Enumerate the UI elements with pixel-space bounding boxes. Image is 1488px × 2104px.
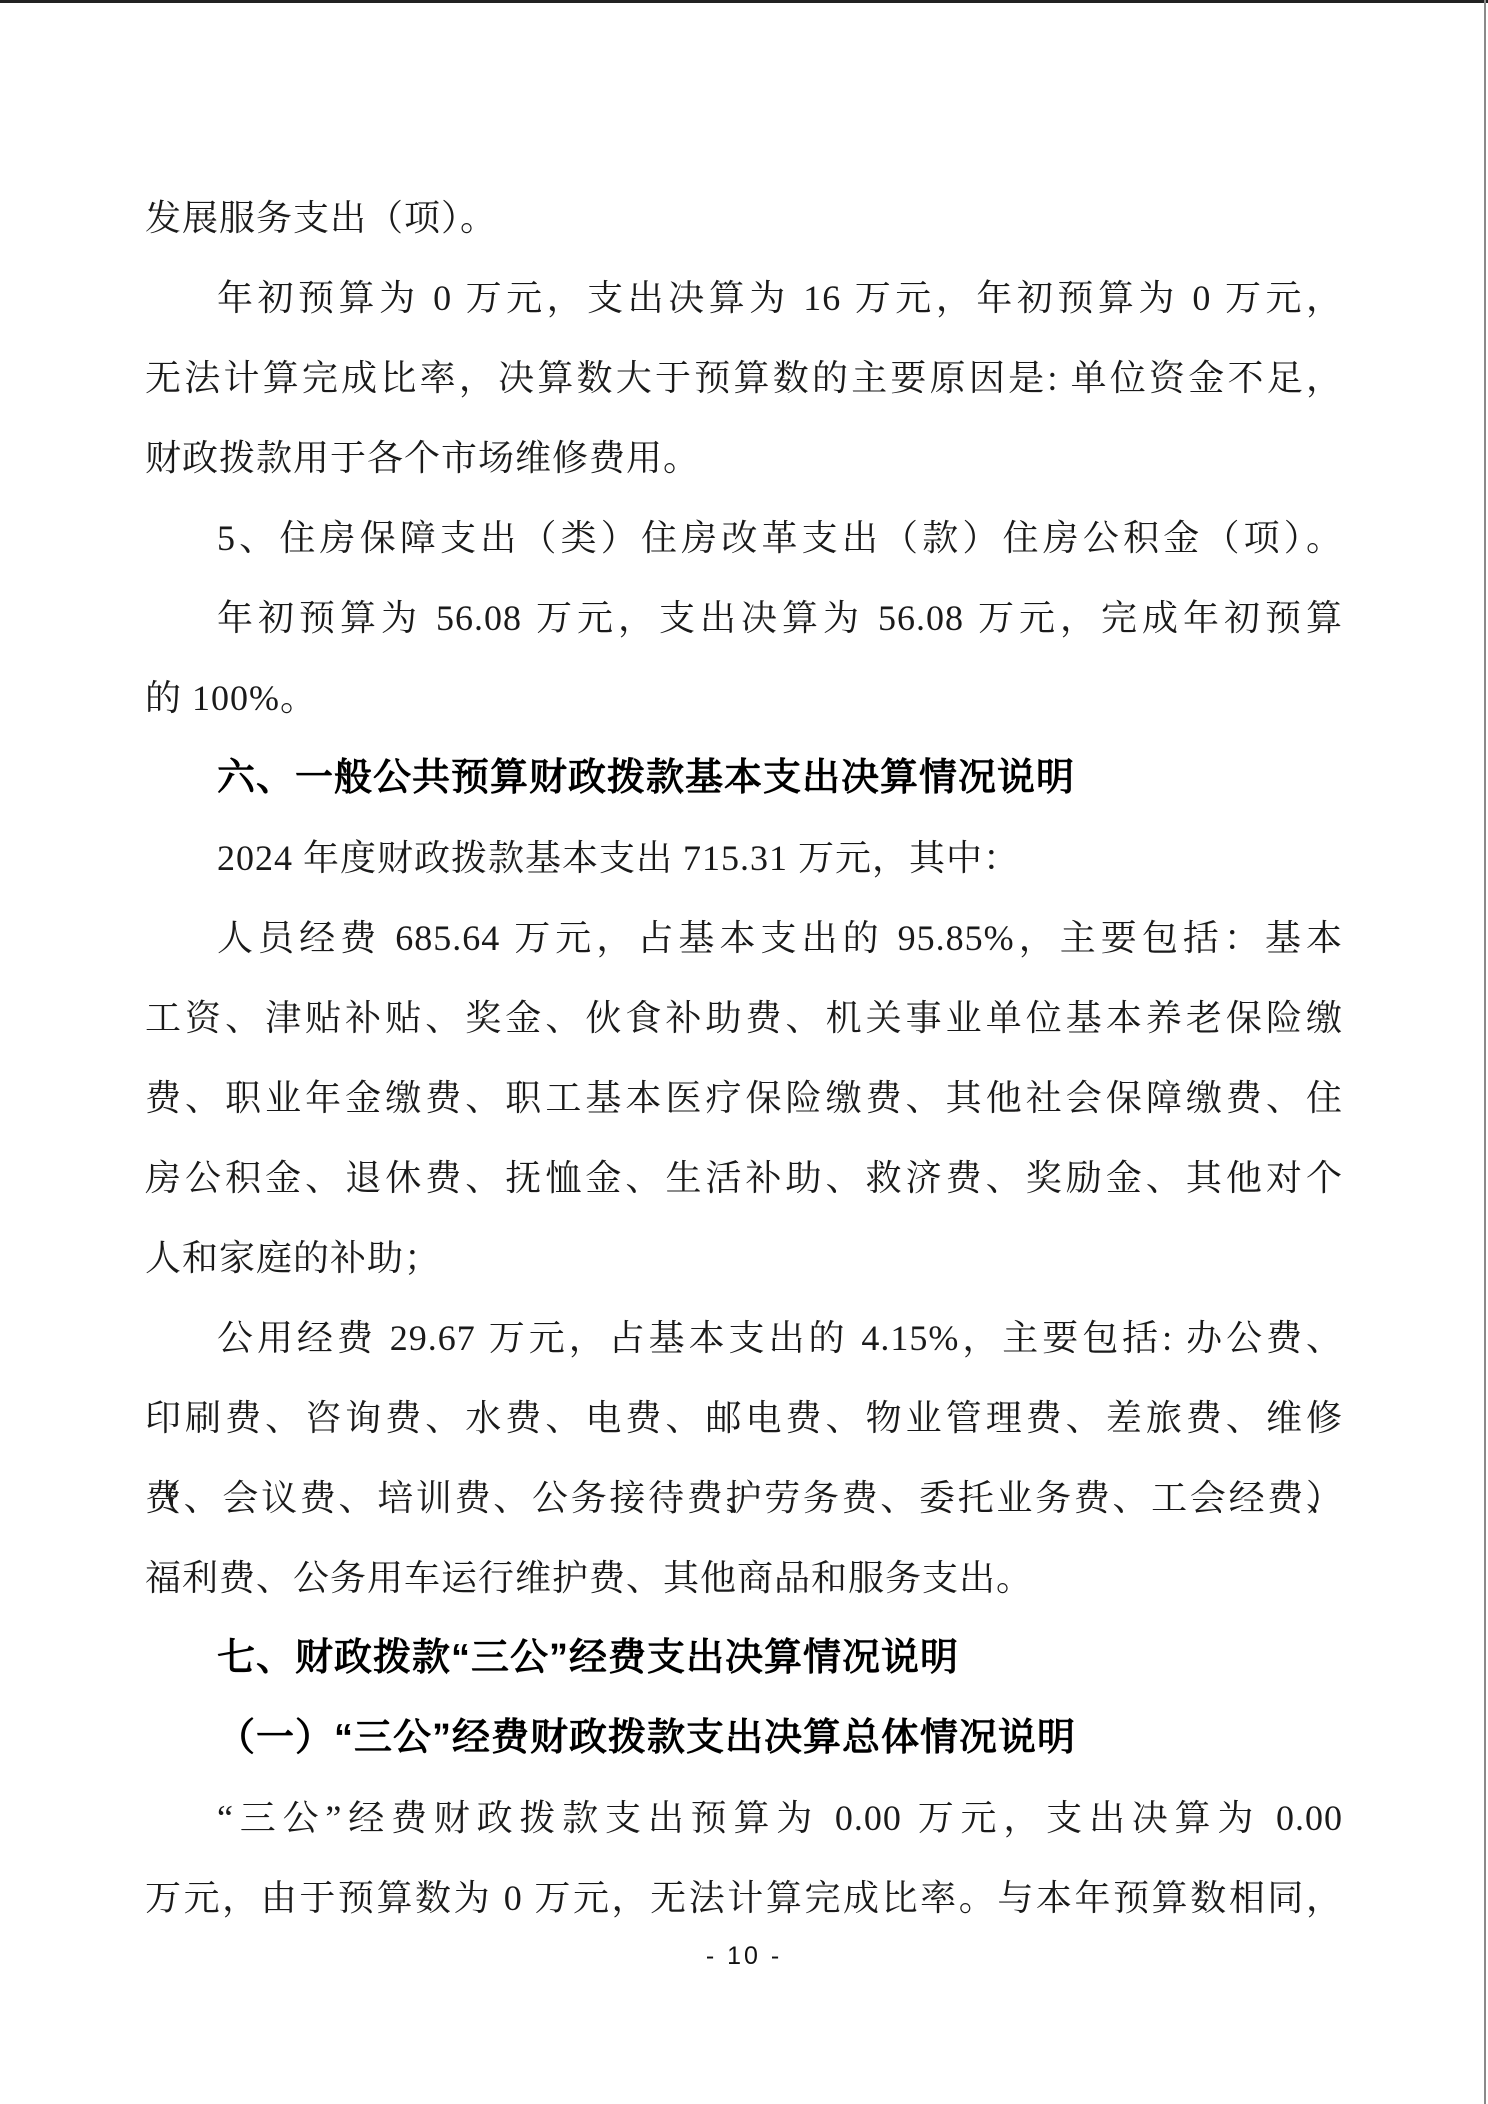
text-line: 福利费、公务用车运行维护费、其他商品和服务支出。 — [145, 1538, 1343, 1618]
page-top-edge — [0, 0, 1488, 3]
text-line: 工资、津贴补贴、奖金、伙食补助费、机关事业单位基本养老保险缴 — [145, 978, 1343, 1058]
heading-line: 六、一般公共预算财政拨款基本支出决算情况说明 — [145, 738, 1343, 818]
text-line: 无法计算完成比率，决算数大于预算数的主要原因是: 单位资金不足， — [145, 338, 1343, 418]
text-line: 万元，由于预算数为 0 万元，无法计算完成比率。与本年预算数相同， — [145, 1858, 1343, 1938]
text-line: 的 100%。 — [145, 658, 1343, 738]
document-page: 发展服务支出（项）。年初预算为 0 万元，支出决算为 16 万元，年初预算为 0… — [0, 0, 1488, 2104]
text-line: 年初预算为 56.08 万元，支出决算为 56.08 万元，完成年初预算 — [145, 578, 1343, 658]
text-line: 2024 年度财政拨款基本支出 715.31 万元，其中： — [145, 818, 1343, 898]
heading-line: 七、财政拨款“三公”经费支出决算情况说明 — [145, 1618, 1343, 1698]
text-line: 公用经费 29.67 万元，占基本支出的 4.15%，主要包括: 办公费、 — [145, 1298, 1343, 1378]
text-line: 发展服务支出（项）。 — [145, 178, 1343, 258]
text-line: 人员经费 685.64 万元，占基本支出的 95.85%，主要包括：基本 — [145, 898, 1343, 978]
text-line: 费、会议费、培训费、公务接待费、劳务费、委托业务费、工会经费、 — [145, 1458, 1343, 1538]
text-line: 房公积金、退休费、抚恤金、生活补助、救济费、奖励金、其他对个 — [145, 1138, 1343, 1218]
text-line: 人和家庭的补助； — [145, 1218, 1343, 1298]
text-line: 5、住房保障支出（类）住房改革支出（款）住房公积金（项）。 — [145, 498, 1343, 578]
text-line: 费、职业年金缴费、职工基本医疗保险缴费、其他社会保障缴费、住 — [145, 1058, 1343, 1138]
page-right-edge — [1484, 0, 1486, 2104]
text-line: “三公”经费财政拨款支出预算为 0.00 万元，支出决算为 0.00 — [145, 1778, 1343, 1858]
heading-line: （一）“三公”经费财政拨款支出决算总体情况说明 — [145, 1698, 1343, 1778]
text-line: 年初预算为 0 万元，支出决算为 16 万元，年初预算为 0 万元， — [145, 258, 1343, 338]
text-line: 印刷费、咨询费、水费、电费、邮电费、物业管理费、差旅费、维修（护） — [145, 1378, 1343, 1458]
page-number: - 10 - — [0, 1942, 1488, 1971]
text-line: 财政拨款用于各个市场维修费用。 — [145, 418, 1343, 498]
document-body: 发展服务支出（项）。年初预算为 0 万元，支出决算为 16 万元，年初预算为 0… — [145, 178, 1343, 1938]
